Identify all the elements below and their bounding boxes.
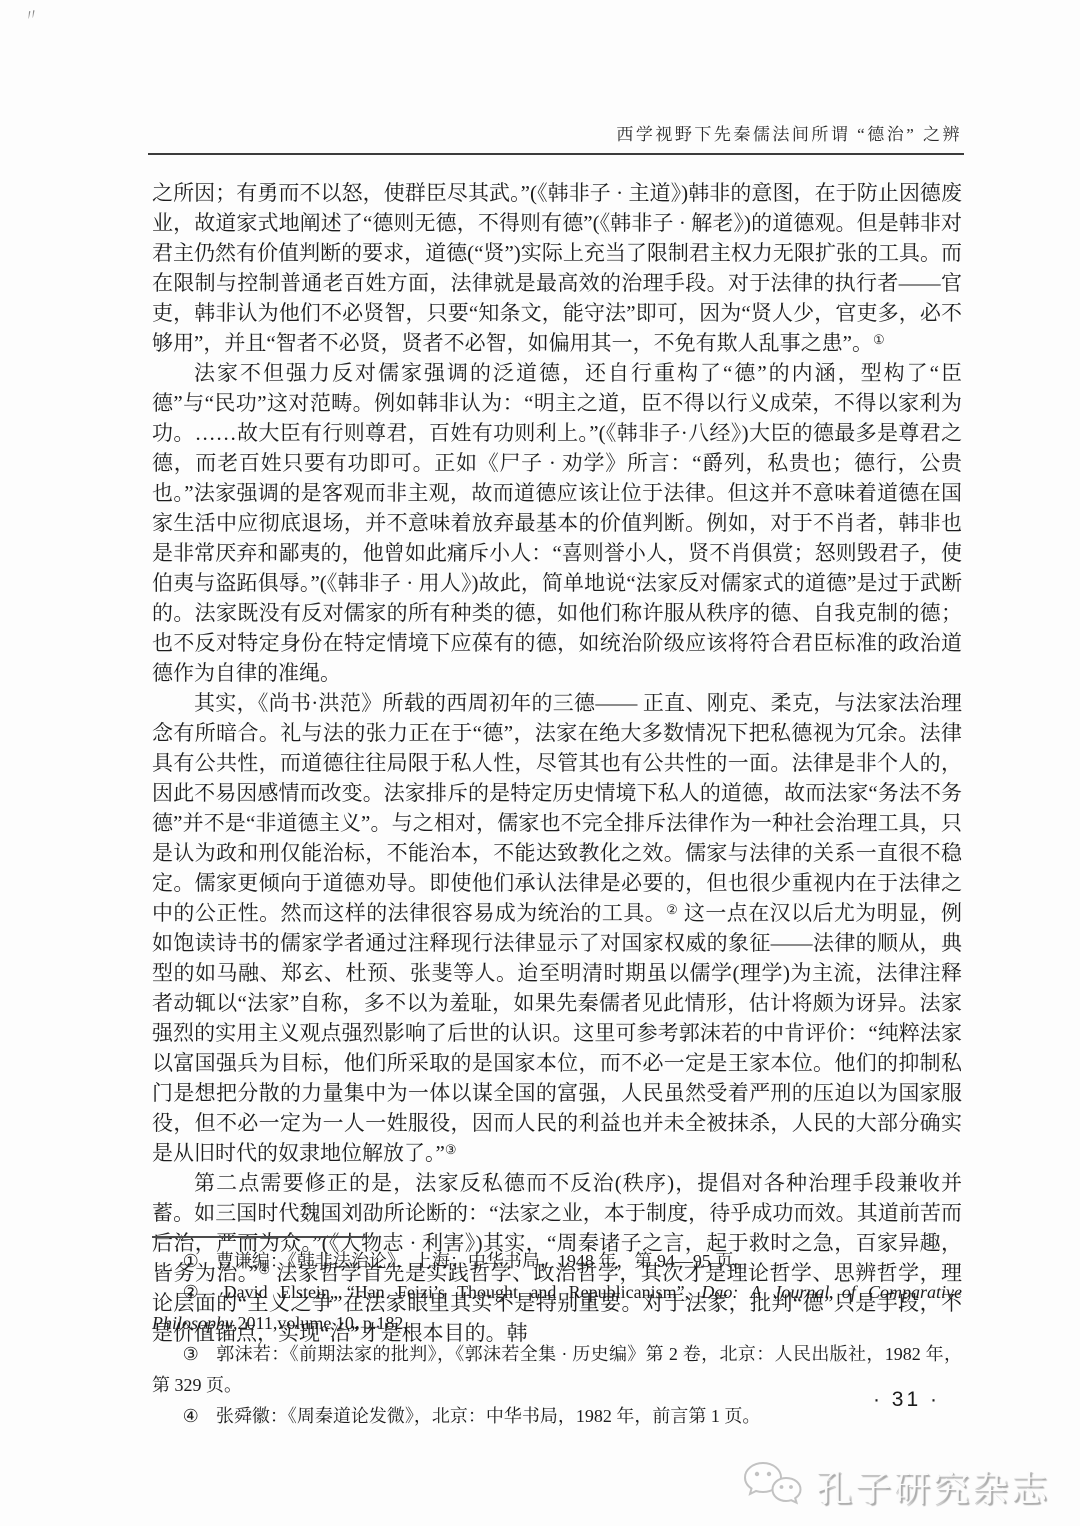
footnote-item: ②David Elstein, “Han Feizi’s Thought and… (152, 1277, 962, 1339)
text-segment: ,2011,volume 10, p.182. (233, 1313, 408, 1333)
journal-page: 〃 西学视野下先秦儒法间所谓 “德治” 之辨 之所因；有勇而不以怒，使群臣尽其武… (0, 0, 1080, 1526)
paragraph: 其实，《尚书·洪范》所载的西周初年的三德—— 正直、刚克、柔克，与法家法治理念有… (152, 688, 962, 1168)
scan-artifact: 〃 (22, 3, 41, 27)
text-segment: 曹谦编：《韩非法治论》，上海：中华书局，1948 年，第 94—95 页。 (216, 1251, 752, 1271)
text-segment: 这一点在汉以后尤为明显，例如饱读诗书的儒家学者通过注释现行法律显示了对国家权威的… (152, 901, 962, 1165)
footnote-ref: ③ (445, 1142, 457, 1157)
footnote-marker: ③ (183, 1344, 200, 1364)
paragraph: 之所因；有勇而不以怒，使群臣尽其武。”(《韩非子 · 主道》)韩非的意图，在于防… (152, 178, 962, 358)
footnote-marker: ① (183, 1251, 199, 1271)
footnote-marker: ② (183, 1282, 207, 1302)
running-head-title: 西学视野下先秦儒法间所谓 “德治” 之辨 (152, 120, 962, 145)
text-segment: David Elstein, “Han Feizi’s Thought and … (224, 1282, 702, 1302)
text-segment: 之所因；有勇而不以怒，使群臣尽其武。”(《韩非子 · 主道》)韩非的意图，在于防… (152, 181, 962, 355)
journal-watermark: 孔子研究杂志 (742, 1460, 1050, 1512)
text-segment: 法家不但强力反对儒家强调的泛道德，还自行重构了“德”的内涵，型构了“臣德”与“民… (152, 361, 962, 685)
page-number: · 31 · (152, 1388, 962, 1412)
body-text: 之所因；有勇而不以怒，使群臣尽其武。”(《韩非子 · 主道》)韩非的意图，在于防… (152, 178, 962, 1348)
header-rule (148, 153, 964, 155)
watermark-text: 孔子研究杂志 (816, 1461, 1050, 1512)
footnote-ref: ① (873, 332, 885, 347)
footnote-divider (152, 1236, 366, 1238)
wechat-icon (742, 1460, 804, 1512)
footnote-ref: ② (666, 902, 678, 917)
footnote-item: ①曹谦编：《韩非法治论》，上海：中华书局，1948 年，第 94—95 页。 (152, 1246, 962, 1277)
paragraph: 法家不但强力反对儒家强调的泛道德，还自行重构了“德”的内涵，型构了“臣德”与“民… (152, 358, 962, 688)
text-segment: 其实，《尚书·洪范》所载的西周初年的三德—— 正直、刚克、柔克，与法家法治理念有… (152, 691, 962, 925)
